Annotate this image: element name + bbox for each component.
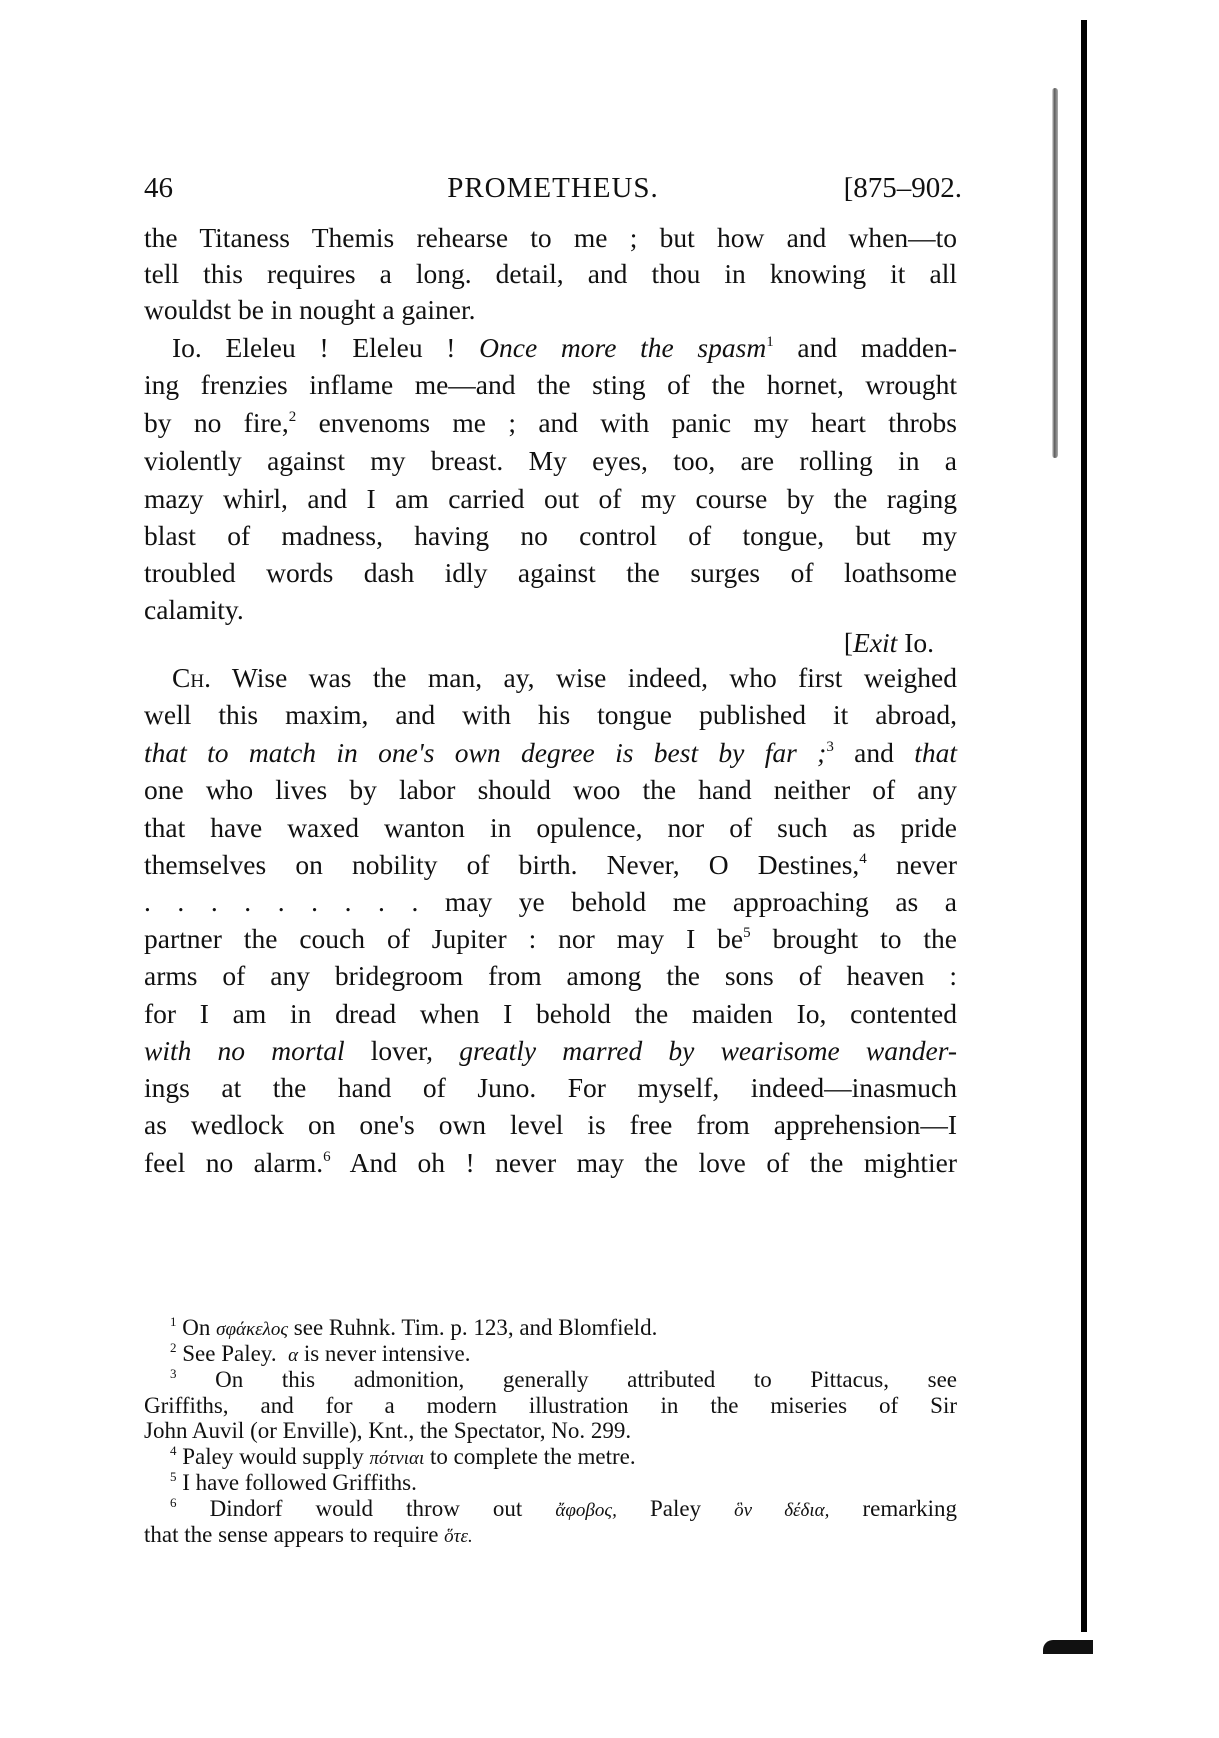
body-line: tell this requires a long. detail, and t… xyxy=(144,256,957,292)
footnote: 2 See Paley. α is never intensive. xyxy=(144,1341,957,1368)
body-line: feel no alarm.6 And oh ! never may the l… xyxy=(144,1145,957,1181)
speaker-io: Io. xyxy=(172,332,202,363)
footnote: 3 On this admonition, generally attribut… xyxy=(144,1367,957,1392)
body-line: partner the couch of Jupiter : nor may I… xyxy=(144,921,957,957)
body-line: wouldst be in nought a gainer. xyxy=(144,292,957,328)
page-header: 46 PROMETHEUS. [875–902. xyxy=(144,172,962,212)
footnote-ref[interactable]: 6 xyxy=(323,1149,331,1165)
body-line: arms of any bridegroom from among the so… xyxy=(144,958,957,994)
footnote-ref[interactable]: 5 xyxy=(743,925,751,941)
page-edge-shadow xyxy=(1052,88,1058,458)
body-line: ings at the hand of Juno. For myself, in… xyxy=(144,1070,957,1106)
body-line: that have waxed wanton in opulence, nor … xyxy=(144,810,957,846)
body-line: blast of madness, having no control of t… xyxy=(144,518,957,554)
footnote: 4 Paley would supply πότνιαι to complete… xyxy=(144,1444,957,1471)
book-spine-edge xyxy=(1081,20,1087,1632)
footnote-ref[interactable]: 1 xyxy=(766,334,774,350)
body-line: for I am in dread when I behold the maid… xyxy=(144,996,957,1032)
body-line: as wedlock on one's own level is free fr… xyxy=(144,1107,957,1143)
footnote-ref[interactable]: 3 xyxy=(826,739,834,755)
footnote: 6 Dindorf would throw out ἄφοβος, Paley … xyxy=(144,1496,957,1523)
body-line: calamity. xyxy=(144,592,957,628)
running-title: PROMETHEUS. xyxy=(144,172,962,205)
body-line: well this maxim, and with his tongue pub… xyxy=(144,697,957,733)
line-range: [875–902. xyxy=(844,172,962,205)
stage-direction: [Exit Io. xyxy=(144,625,934,661)
body-line: with no mortal lover, greatly marred by … xyxy=(144,1033,957,1069)
body-line: violently against my breast. My eyes, to… xyxy=(144,443,957,479)
footnote-ref[interactable]: 2 xyxy=(289,409,297,425)
body-line: themselves on nobility of birth. Never, … xyxy=(144,847,957,883)
body-line: mazy whirl, and I am carried out of my c… xyxy=(144,481,957,517)
footnote-cont: Griffiths, and for a modern illustration… xyxy=(144,1393,957,1418)
body-line: . . . . . . . . . may ye behold me appro… xyxy=(144,884,957,920)
body-line: Io. Eleleu ! Eleleu ! Once more the spas… xyxy=(144,330,957,366)
footnote-cont: John Auvil (or Enville), Knt., the Spect… xyxy=(144,1418,957,1443)
body-line: troubled words dash idly against the sur… xyxy=(144,555,957,591)
footnote-cont: that the sense appears to require ὅτε. xyxy=(144,1522,957,1549)
footnote: 5 I have followed Griffiths. xyxy=(144,1470,957,1495)
speaker-chorus: Ch. xyxy=(172,662,211,693)
body-line: Ch. Wise was the man, ay, wise indeed, w… xyxy=(144,660,957,696)
body-line: by no fire,2 envenoms me ; and with pani… xyxy=(144,405,957,441)
footnote-ref[interactable]: 4 xyxy=(859,851,867,867)
body-line: the Titaness Themis rehearse to me ; but… xyxy=(144,220,957,256)
body-line: one who lives by labor should woo the ha… xyxy=(144,772,957,808)
book-page: 46 PROMETHEUS. [875–902. the Titaness Th… xyxy=(0,0,1219,1738)
footnote: 1 On σφάκελος see Ruhnk. Tim. p. 123, an… xyxy=(144,1315,957,1342)
book-edge-corner xyxy=(1043,1640,1093,1654)
body-line: ing frenzies inflame me—and the sting of… xyxy=(144,367,957,403)
body-line: that to match in one's own degree is bes… xyxy=(144,735,957,771)
